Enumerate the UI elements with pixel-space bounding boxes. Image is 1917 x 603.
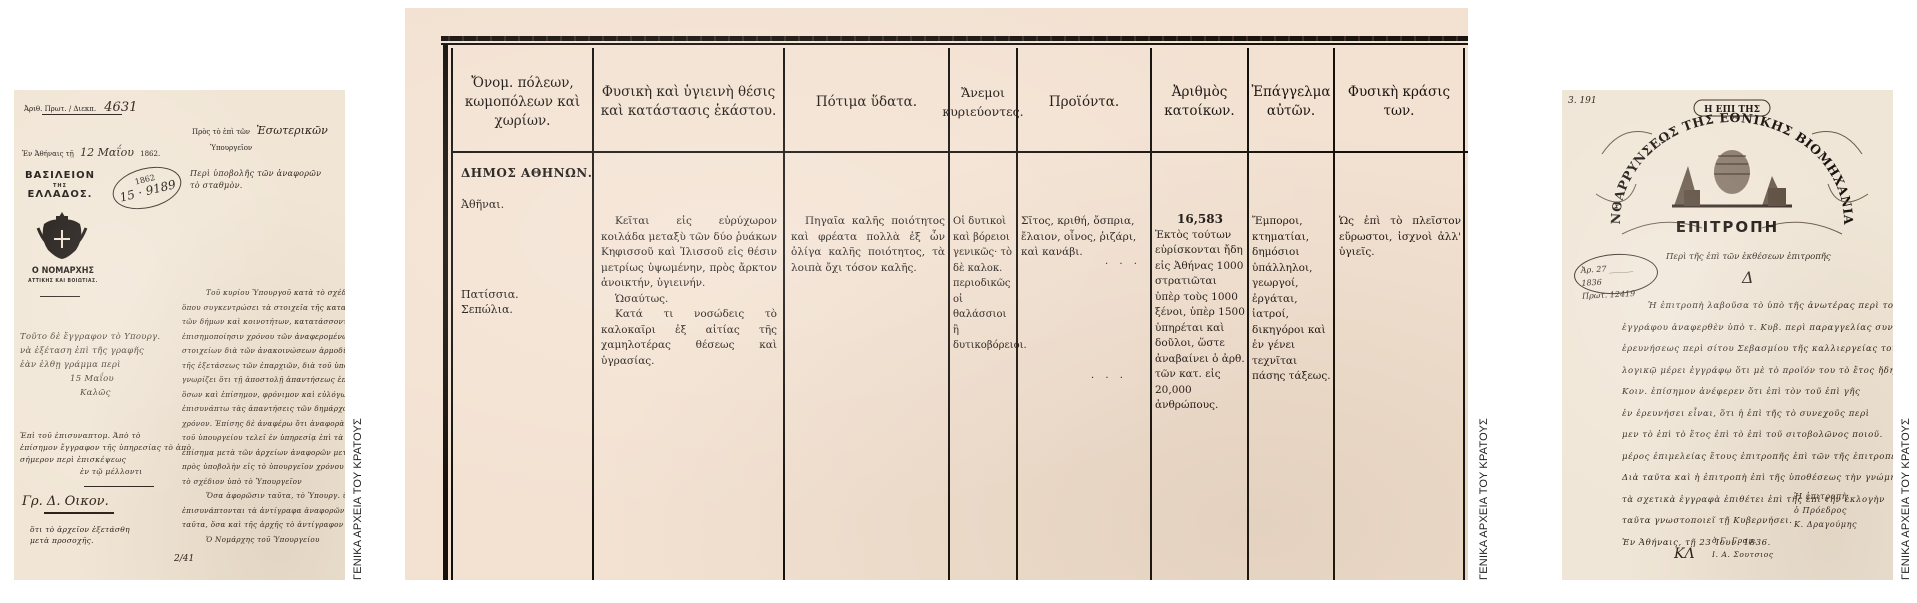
body-line: ὅπου συγκεντρώσει τὰ στοιχεῖα τῆς καταμε… (182, 301, 345, 316)
margin-note: Τοῦτο δὲ ἔγγραφον τὸ Υπουργ. νὰ ἐξέταση … (20, 330, 160, 400)
body-line: Τοῦ κυρίου Ὑπουργοῦ κατὰ τὸ σχέδιον (182, 286, 345, 301)
subject-line: Περὶ ὑποβολῆς τῶν ἀναφορῶν (190, 168, 321, 180)
body-line: γνωρίζει ὅτι τῇ ἀποστολῇ ἀπαντήσεως ἐπὶ (182, 373, 345, 388)
population-number: 16,583 (1155, 212, 1245, 228)
body-line: μεν τὸ ἐπὶ τὸ ἔτος ἐπὶ τὸ ἐπὶ τοῦ σιτοβο… (1622, 425, 1893, 447)
body-line: τῆς ἐξετάσεως τῶν ἐπαρχιῶν, διὰ τοῦ ὑπου… (182, 359, 345, 374)
footer-line: μετὰ προσοχῆς. (30, 535, 130, 546)
registry-stamp: Ἀρ. 27 ______ 1836 Πρωτ. 12419 (1573, 252, 1659, 296)
committee-title: ΕΠΙΤΡΟΠΗ (1562, 218, 1893, 236)
signature-line: ὁ Γ. Γραμ. (1712, 534, 1774, 548)
cell-winds: Οἱ δυτικοὶ καὶ βόρειοι γενικῶς· τὸ δὲ κα… (953, 214, 1013, 354)
protocol-label: Ἀριθ. Πρωτ. / Διεκπ. (24, 105, 96, 113)
ministry-label: Ὑπουργεῖον (210, 144, 252, 152)
divider (42, 114, 122, 115)
location-patisia: Ὡσαύτως. (601, 292, 777, 308)
royal-crest-icon (36, 210, 88, 260)
margin-note-2: Ἐπὶ τοῦ ἐπισυναπτομ. Ἀπὸ τὸ ἐπίσημον ἔγγ… (20, 430, 191, 478)
date-year: 1862. (140, 150, 160, 158)
body-line: ἐγγράφου ἀναφερθὲν ὑπὸ τ. Κυβ. περὶ παρα… (1622, 318, 1893, 340)
column-rule (1463, 48, 1465, 580)
signature-line: Ι. Α. Σουτσιος (1712, 548, 1774, 562)
location-sepolia: Κατά τι νοσώδεις τὸ καλοκαῖρι ἐξ αἰτίας … (601, 307, 777, 369)
signature-flourish (44, 512, 114, 514)
column-header-winds: Ἄνεμοι κυριεύοντες. (950, 56, 1016, 148)
secretary-signature: ὁ Γ. Γραμ. Ι. Α. Σουτσιος (1712, 534, 1774, 562)
ellipsis-mark: . . . (1105, 256, 1141, 267)
border-rule (441, 43, 1468, 45)
header-rule (451, 151, 1468, 153)
margin-line: ἐν τῷ μέλλοντι (20, 466, 191, 478)
products-text: Σῖτος, κριθή, ὄσπρια, ἔλαιον, οἶνος, ῥιζ… (1021, 214, 1147, 261)
margin-line: σήμερον περὶ ἐπισκέψεως (20, 454, 191, 466)
subject-line: τὸ σταθμὸν. (190, 180, 321, 192)
protocol-field: Ἀριθ. Πρωτ. / Διεκπ. 4631 (24, 100, 137, 115)
body-line: μέρος ἐπιμελείας ἔτους ἐπιτροπῆς ἐπὶ τῶν… (1622, 447, 1893, 469)
archive-caption-center: ΓΕΝΙΚΑ ΑΡΧΕΙΑ ΤΟΥ ΚΡΑΤΟΥΣ (1478, 418, 1490, 580)
body-line: Ὁ Νομάρχης τοῦ Ὑπουργείου (182, 533, 345, 548)
cell-products: Σῖτος, κριθή, ὄσπρια, ἔλαιον, οἶνος, ῥιζ… (1021, 214, 1147, 261)
column-header-names: Ὄνομ. πόλεων, κωμοπόλεων καὶ χωρίων. (453, 56, 592, 148)
column-header-location: Φυσικὴ καὶ ὑγιεινὴ θέσις καὶ κατάστασις … (594, 56, 783, 148)
body-line: λογικῷ μέρει ἐγγράφῳ ὅτι μὲ τὸ προϊόν το… (1622, 361, 1893, 383)
handwritten-mark: Δ (1742, 268, 1754, 287)
signature-line: Κ. Δραγούμης (1794, 518, 1857, 532)
body-line: ἐρευνήσεως περὶ σίτου Σεβασμίου τῆς καλλ… (1622, 339, 1893, 361)
margin-line: 15 Μαΐου (20, 372, 160, 386)
ornamental-border (441, 36, 1468, 41)
body-line: πρὸς ὑποβολὴν εἰς τὸ ὑπουργεῖον χρόνου ἐ… (182, 460, 345, 475)
body-line: ἐπίσημα μετὰ τῶν ἀρχείων ἀναφορῶν μετὰ ὑ… (182, 446, 345, 461)
body-line: χρόνον. Ἐπίσης δὲ ἀναφέρω ὅτι ἀναφορὰ (182, 417, 345, 432)
body-line: ἐπισημοποίησιν χρόνου τῶν ἀναφερομένων (182, 330, 345, 345)
body-line: Ὅσα ἀφορῶσιν ταῦτα, τὸ Ὑπουργ. ὑπ. (182, 489, 345, 504)
divider (40, 296, 80, 297)
column-header-population: Ἀριθμὸς κατοίκων. (1152, 56, 1247, 148)
body-line: Κοιν. ἐπίσημον ἀνέφερεν ὅτι ἐπὶ τὸν τοῦ … (1622, 382, 1893, 404)
page-mark: 2/41 (174, 554, 194, 564)
margin-line: νὰ ἐξέταση ἐπὶ τῆς γραφῆς (20, 344, 160, 358)
body-line: στοιχείων διὰ τῶν ἀνακοινώσεων ἀρμοδίως … (182, 344, 345, 359)
archive-caption-left: ΓΕΝΙΚΑ ΑΡΧΕΙΑ ΤΟΥ ΚΡΑΤΟΥΣ (352, 418, 364, 580)
location-athens: Κεῖται εἰς εὐρύχωρον κοιλάδα μεταξὺ τῶν … (601, 214, 777, 292)
footer-line: ὅτι τὸ ἀρχεῖον ἐξετάσθη (30, 524, 130, 535)
margin-line: Ἐπὶ τοῦ ἐπισυναπτομ. Ἀπὸ τὸ (20, 430, 191, 442)
body-line: ταῦτα, ὅσα καὶ τῆς ἀρχῆς τὸ ἀντίγραφον (182, 518, 345, 533)
subject-note: Περὶ ὑποβολῆς τῶν ἀναφορῶν τὸ σταθμὸν. (190, 168, 321, 192)
body-line: ἐν ἐρευνήσει εἶναι, ὅτι ἡ ἐπὶ τῆς τὸ συν… (1622, 404, 1893, 426)
body-line: ἐπισυνάπτονται τὰ ἀντίγραφα ἀναφορῶν τοῦ… (182, 504, 345, 519)
protocol-number: 4631 (104, 100, 137, 115)
body-line: τὸ σχέδιον ὑπὸ τὸ Ὑπουργεῖον (182, 475, 345, 490)
margin-line: ἐπίσημον ἔγγραφον τῆς ὑπηρεσίας τὸ ἀπὸ (20, 442, 191, 454)
column-header-products: Προϊόντα. (1018, 56, 1150, 148)
margin-line: Καλῶς (20, 386, 160, 400)
archive-caption-right: ΓΕΝΙΚΑ ΑΡΧΕΙΑ ΤΟΥ ΚΡΑΤΟΥΣ (1900, 418, 1912, 580)
body-line: ἐπισυνάπτω τὰς ἀπαντήσεις τῶν δημάρχων (182, 402, 345, 417)
subject-line: Περὶ τῆς ἐπὶ τῶν ἐκθέσεων ἐπιτροπῆς (1666, 252, 1831, 262)
margin-line: ἐὰν ἐλθῃ γράμμα περὶ (20, 358, 160, 372)
census-table-document: Ὄνομ. πόλεων, κωμοπόλεων καὶ χωρίων. Φυσ… (405, 8, 1468, 580)
cell-water: Πηγαῖα καλῆς ποιότητος καὶ φρέατα πολλὰ … (791, 214, 945, 276)
place-patisia: Πατίσσια. (461, 288, 519, 301)
signature-line: Ἡ ἐπιτροπὴ (1794, 490, 1857, 504)
kingdom-heading: ΒΑΣΙΛΕΙΟΝ ΤΗΣ ΕΛΛΑΔΟΣ. (20, 170, 100, 201)
cell-location: Κεῖται εἰς εὐρύχωρον κοιλάδα μεταξὺ τῶν … (601, 214, 777, 369)
signature-line: ὁ Πρόεδρος (1794, 504, 1857, 518)
column-header-water: Πότιμα ὕδατα. (785, 56, 948, 148)
cell-population: 16,583 Ἐκτὸς τούτων εὑρίσκονται ἤδη εἰς … (1155, 212, 1245, 414)
date-line: Ἐν Ἀθήναις τῇ 12 Μαΐου 1862. (22, 146, 160, 159)
nomarch-region: ΑΤΤΙΚΗΣ ΚΑΙ ΒΟΙΩΤΙΑΣ. (18, 278, 108, 285)
occupation-text: Ἔμποροι, κτηματίαι, δημόσιοι ὑπάλληλοι, … (1252, 214, 1332, 385)
nomarch-heading: Ο ΝΟΜΑΡΧΗΣ ΑΤΤΙΚΗΣ ΚΑΙ ΒΟΙΩΤΙΑΣ. (18, 266, 108, 284)
nomarch-title: Ο ΝΟΜΑΡΧΗΣ (32, 266, 94, 276)
body-line: Διὰ ταῦτα καὶ ἡ ἐπιτροπὴ ἐπὶ τῆς ὑποθέσε… (1622, 468, 1893, 490)
signature-initials: Γρ. Δ. Οικον. (22, 494, 109, 509)
footer-note: ὅτι τὸ ἀρχεῖον ἐξετάσθη μετὰ προσοχῆς. (30, 524, 130, 546)
place-sepolia: Σεπώλια. (461, 303, 513, 316)
kingdom-line2: ΕΛΛΑΔΟΣ. (28, 189, 93, 200)
margin-line: Τοῦτο δὲ ἔγγραφον τὸ Υπουργ. (20, 330, 160, 344)
date-prefix: Ἐν Ἀθήναις τῇ (22, 150, 74, 158)
place-athens: Ἀθῆναι. (461, 198, 504, 211)
column-header-occupation: Ἐπάγγελμα αὐτῶν. (1249, 56, 1333, 148)
letter-body: Τοῦ κυρίου Ὑπουργοῦ κατὰ τὸ σχέδιον ὅπου… (182, 286, 345, 547)
addressee-prefix: Πρὸς τὸ ἐπὶ τῶν (192, 128, 250, 136)
municipality-heading: ΔΗΜΟΣ ΑΘΗΝΩΝ. (461, 166, 592, 180)
cell-occupation: Ἔμποροι, κτηματίαι, δημόσιοι ὑπάλληλοι, … (1252, 214, 1332, 385)
constitution-text: Ὡς ἐπὶ τὸ πλεῖστον εὔρωστοι, ἰσχνοὶ ἀλλ'… (1339, 214, 1461, 261)
date-handwritten: 12 Μαΐου (80, 146, 134, 159)
winds-text: Οἱ δυτικοὶ καὶ βόρειοι γενικῶς· τὸ δὲ κα… (953, 214, 1013, 354)
water-text: Πηγαῖα καλῆς ποιότητος καὶ φρέατα πολλὰ … (791, 214, 945, 276)
signature-block: Ἡ ἐπιτροπὴ ὁ Πρόεδρος Κ. Δραγούμης (1794, 490, 1857, 532)
stamp-line: Ἀρ. 27 ______ 1836 (1580, 260, 1651, 290)
ellipsis-mark: . . . (1091, 370, 1127, 381)
left-border (443, 44, 448, 580)
divider (84, 486, 154, 487)
registry-stamp: 1862 15 · 9189 (108, 160, 186, 216)
body-line: τῶν δήμων καὶ κοινοτήτων, κατατάσσονται … (182, 315, 345, 330)
body-line: Ἡ ἐπιτροπὴ λαβοῦσα τὸ ὑπὸ τῆς ἀνωτέρας π… (1622, 296, 1893, 318)
population-note: Ἐκτὸς τούτων εὑρίσκονται ἤδη εἰς Ἀθήνας … (1155, 228, 1245, 414)
body-line: τοῦ ὑπουργείου τελεῖ ἐν ὑπηρεσίᾳ ἐπὶ τὰ … (182, 431, 345, 446)
left-archive-document: Ἀριθ. Πρωτ. / Διεκπ. 4631 Ἐν Ἀθήναις τῇ … (14, 90, 345, 580)
column-header-constitution: Φυσικὴ κράσις των. (1335, 56, 1463, 148)
body-line: ὅσων καὶ ἐπίσημον, φρόνιμον καὶ εὐλόγως (182, 388, 345, 403)
kingdom-line1: ΒΑΣΙΛΕΙΟΝ (25, 170, 95, 181)
cell-constitution: Ὡς ἐπὶ τὸ πλεῖστον εὔρωστοι, ἰσχνοὶ ἀλλ'… (1339, 214, 1461, 261)
initials-mark: ΚΛ (1674, 546, 1695, 562)
right-archive-document: 3. 191 Η ΕΠΙ ΤΗΣ ΕΝΘΑΡΡΥΝΣΕΩΣ ΤΗΣ ΕΘΝΙΚΗ… (1562, 90, 1893, 580)
addressee-line: Πρὸς τὸ ἐπὶ τῶν Ἐσωτερικῶν (192, 124, 328, 137)
addressee-handwritten: Ἐσωτερικῶν (256, 124, 328, 137)
